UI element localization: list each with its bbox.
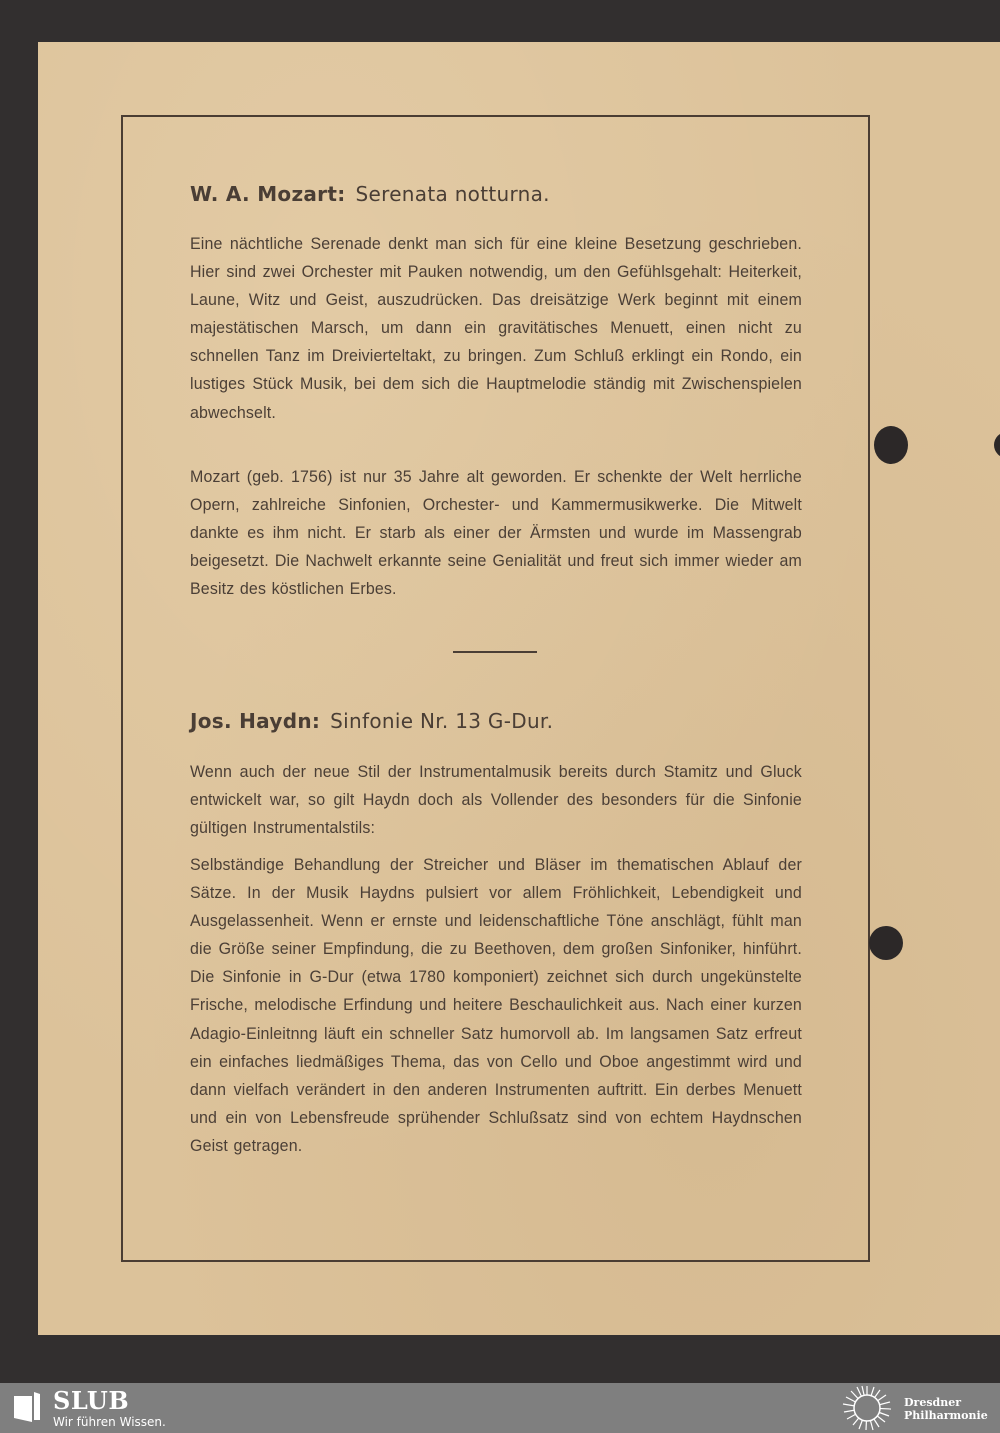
punch-hole-upper <box>874 426 908 464</box>
dresdner-philharmonie-name[interactable]: Dresdner Philharmonie <box>904 1396 988 1422</box>
paragraph: Selbständige Behandlung der Streicher un… <box>190 851 802 1160</box>
paragraph: Mozart (geb. 1756) ist nur 35 Jahre alt … <box>190 463 802 603</box>
section-heading: Jos. Haydn:Sinfonie Nr. 13 G-Dur. <box>190 709 802 733</box>
haydn-paragraph-1-block: Wenn auch der neue Stil der Instrumental… <box>190 758 802 842</box>
section-haydn: Jos. Haydn:Sinfonie Nr. 13 G-Dur. <box>190 709 802 733</box>
slub-book-icon[interactable] <box>14 1392 40 1422</box>
dp-name-line2: Philharmonie <box>904 1409 988 1422</box>
footer-bar: SLUB Wir führen Wissen. Dresdner Philhar… <box>0 1383 1000 1433</box>
document-page: W. A. Mozart:Serenata notturna. Eine näc… <box>38 42 1000 1335</box>
section-divider <box>453 651 537 653</box>
composer-name: Jos. Haydn: <box>190 709 320 733</box>
dp-name-line1: Dresdner <box>904 1396 961 1409</box>
punch-hole-lower <box>869 926 903 960</box>
paragraph: Eine nächtliche Serenade denkt man sich … <box>190 230 802 427</box>
mozart-paragraph-1-block: Eine nächtliche Serenade denkt man sich … <box>190 230 802 427</box>
paragraph: Wenn auch der neue Stil der Instrumental… <box>190 758 802 842</box>
slub-tagline: Wir führen Wissen. <box>53 1415 166 1429</box>
mozart-paragraph-2-block: Mozart (geb. 1756) ist nur 35 Jahre alt … <box>190 463 802 603</box>
section-heading: W. A. Mozart:Serenata notturna. <box>190 182 802 206</box>
work-title: Sinfonie Nr. 13 G-Dur. <box>330 709 553 733</box>
composer-name: W. A. Mozart: <box>190 182 346 206</box>
slub-title[interactable]: SLUB <box>53 1386 129 1415</box>
work-title: Serenata notturna. <box>356 182 550 206</box>
haydn-paragraph-2-block: Selbständige Behandlung der Streicher un… <box>190 851 802 1160</box>
section-mozart: W. A. Mozart:Serenata notturna. <box>190 182 802 206</box>
dresdner-philharmonie-sun-icon[interactable] <box>842 1385 892 1431</box>
punch-hole-edge <box>994 432 1000 458</box>
